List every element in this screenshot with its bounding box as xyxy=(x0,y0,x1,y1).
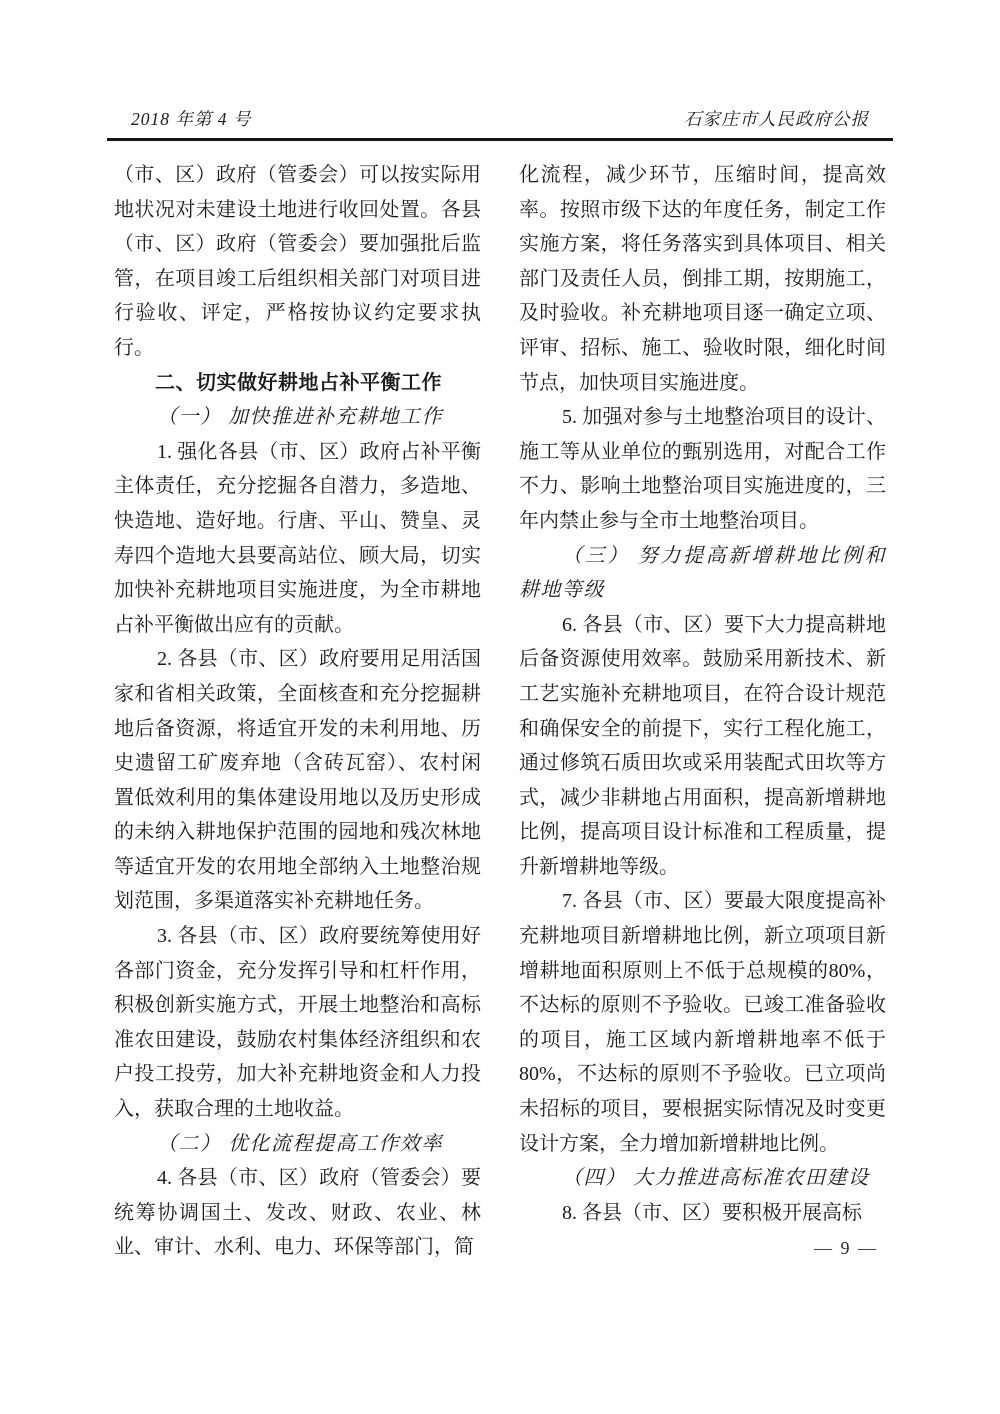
subsection-heading: （四） 大力推进高标准农田建设 xyxy=(519,1161,886,1196)
page-header: 2018 年第 4 号 石家庄市人民政府公报 xyxy=(107,0,893,141)
paragraph-continued: （市、区）政府（管委会）可以按实际用地状况对未建设土地进行收回处置。各县（市、区… xyxy=(114,158,481,366)
section-heading: 二、切实做好耕地占补平衡工作 xyxy=(114,366,481,401)
page-number: — 9 — xyxy=(519,1231,886,1266)
subsection-heading: （三） 努力提高新增耕地比例和耕地等级 xyxy=(519,539,886,608)
paragraph: 8. 各县（市、区）要积极开展高标 xyxy=(519,1196,886,1231)
paragraph: 4. 各县（市、区）政府（管委会）要统筹协调国土、发改、财政、农业、林业、审计、… xyxy=(114,1161,481,1265)
paragraph: 6. 各县（市、区）要下大力提高耕地后备资源使用效率。鼓励采用新技术、新工艺实施… xyxy=(519,608,886,885)
header-issue-number: 2018 年第 4 号 xyxy=(131,107,251,131)
two-column-body: （市、区）政府（管委会）可以按实际用地状况对未建设土地进行收回处置。各县（市、区… xyxy=(114,158,886,1266)
paragraph: 1. 强化各县（市、区）政府占补平衡主体责任，充分挖掘各自潜力，多造地、快造地、… xyxy=(114,435,481,643)
subsection-heading: （二） 优化流程提高工作效率 xyxy=(114,1127,481,1162)
paragraph: 5. 加强对参与土地整治项目的设计、施工等从业单位的甄别选用，对配合工作不力、影… xyxy=(519,400,886,538)
right-column: 化流程，减少环节，压缩时间，提高效率。按照市级下达的年度任务，制定工作实施方案，… xyxy=(519,158,886,1266)
header-row: 2018 年第 4 号 石家庄市人民政府公报 xyxy=(107,107,893,131)
paragraph-continued: 化流程，减少环节，压缩时间，提高效率。按照市级下达的年度任务，制定工作实施方案，… xyxy=(519,158,886,400)
gazette-page: 2018 年第 4 号 石家庄市人民政府公报 （市、区）政府（管委会）可以按实际… xyxy=(0,0,1000,1414)
header-publication-title: 石家庄市人民政府公报 xyxy=(684,107,869,131)
paragraph: 2. 各县（市、区）政府要用足用活国家和省相关政策，全面核查和充分挖掘耕地后备资… xyxy=(114,642,481,919)
paragraph: 3. 各县（市、区）政府要统筹使用好各部门资金，充分发挥引导和杠杆作用，积极创新… xyxy=(114,919,481,1127)
subsection-heading: （一） 加快推进补充耕地工作 xyxy=(114,400,481,435)
left-column: （市、区）政府（管委会）可以按实际用地状况对未建设土地进行收回处置。各县（市、区… xyxy=(114,158,481,1266)
paragraph: 7. 各县（市、区）要最大限度提高补充耕地项目新增耕地比例，新立项项目新增耕地面… xyxy=(519,884,886,1161)
